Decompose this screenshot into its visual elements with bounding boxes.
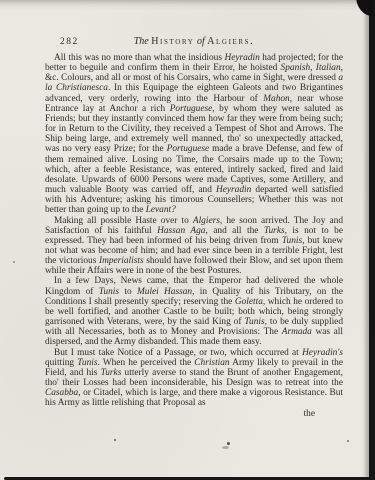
running-title-of: of (197, 36, 205, 47)
ink-smudge (222, 446, 229, 449)
scanned-book-page: 282 The History of Algiers. All this was… (0, 0, 375, 480)
ink-speck (114, 439, 116, 441)
catchword: the (45, 409, 343, 419)
scan-edge-right (369, 0, 375, 480)
paragraph: Making all possible Haste over to Algier… (45, 216, 343, 277)
paragraph: But I must take Notice of a Passage, or … (45, 348, 343, 409)
running-title-algiers: Algiers. (207, 36, 254, 47)
running-title: The History of Algiers. (45, 36, 343, 47)
page-header: 282 The History of Algiers. (45, 36, 343, 49)
paragraph: All this was no more than what the insid… (45, 53, 343, 216)
ink-speck (13, 261, 15, 263)
page-number: 282 (60, 37, 79, 47)
page-text-block: 282 The History of Algiers. All this was… (45, 36, 343, 420)
running-title-history: History (151, 36, 194, 47)
body-paragraphs: All this was no more than what the insid… (45, 53, 343, 408)
paragraph: In a few Days, News came, that the Emper… (45, 276, 343, 347)
scan-corner-blob (356, 0, 373, 16)
ink-speck (347, 440, 349, 442)
ink-speck (227, 442, 230, 445)
running-title-the: The (134, 36, 149, 47)
